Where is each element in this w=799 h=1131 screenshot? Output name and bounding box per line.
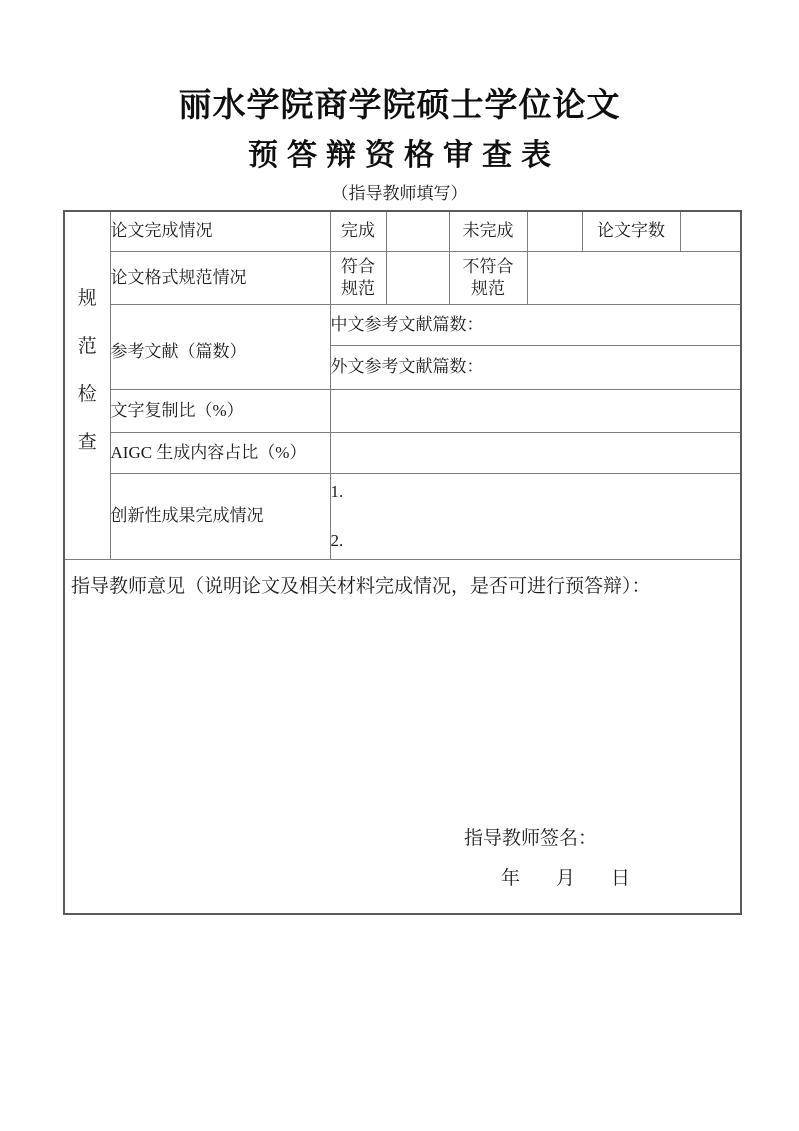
advisor-signature-label: 指导教师签名：: [464, 826, 597, 852]
innovation-item-1: 1.: [331, 481, 741, 503]
format-not-ok-check-cell[interactable]: [527, 251, 741, 304]
thesis-completion-label: 论文完成情况: [110, 211, 330, 251]
advisor-opinion-cell[interactable]: 指导教师意见（说明论文及相关材料完成情况，是否可进行预答辩）： 指导教师签名： …: [64, 559, 741, 914]
not-completed-option-label: 未完成: [449, 211, 527, 251]
format-compliance-label: 论文格式规范情况: [110, 251, 330, 304]
chinese-references-label: 中文参考文献篇数：: [331, 315, 484, 334]
format-not-ok-line2: 规范: [450, 278, 527, 300]
format-ok-line1: 符合: [331, 256, 386, 278]
word-count-value-cell[interactable]: [680, 211, 741, 251]
page-title: 丽水学院商学院硕士学位论文: [0, 84, 799, 126]
word-count-label: 论文字数: [582, 211, 680, 251]
side-label-char: 范: [78, 337, 97, 357]
copy-ratio-value-cell[interactable]: [330, 389, 741, 432]
date-year-label: 年: [501, 868, 520, 889]
table-row: 创新性成果完成情况 1. 2.: [64, 473, 741, 559]
table-row: 参考文献（篇数） 中文参考文献篇数：: [64, 304, 741, 345]
table-row: 文字复制比（%）: [64, 389, 741, 432]
date-day-label: 日: [611, 868, 630, 889]
not-completed-check-cell[interactable]: [527, 211, 582, 251]
completed-option-label: 完成: [330, 211, 386, 251]
format-ok-line2: 规范: [331, 278, 386, 300]
innovation-item-2: 2.: [331, 530, 741, 552]
innovation-results-label: 创新性成果完成情况: [110, 473, 330, 559]
format-ok-check-cell[interactable]: [386, 251, 449, 304]
foreign-references-label: 外文参考文献篇数：: [331, 357, 484, 376]
side-label-char: 查: [78, 433, 97, 453]
format-ok-option-label: 符合 规范: [330, 251, 386, 304]
aigc-ratio-value-cell[interactable]: [330, 432, 741, 473]
chinese-references-cell[interactable]: 中文参考文献篇数：: [330, 304, 741, 345]
table-row: 规 范 检 查 论文完成情况 完成 未完成 论文字数: [64, 211, 741, 251]
review-form-table: 规 范 检 查 论文完成情况 完成 未完成 论文字数 论文格式规范情况 符合 规…: [63, 210, 742, 915]
format-not-ok-option-label: 不符合 规范: [449, 251, 527, 304]
format-not-ok-line1: 不符合: [450, 256, 527, 278]
innovation-results-cell[interactable]: 1. 2.: [330, 473, 741, 559]
table-row: AIGC 生成内容占比（%）: [64, 432, 741, 473]
side-label-char: 检: [78, 385, 97, 405]
side-label-char: 规: [78, 289, 97, 309]
table-row: 论文格式规范情况 符合 规范 不符合 规范: [64, 251, 741, 304]
document-page: 丽水学院商学院硕士学位论文 预答辩资格审查表 （指导教师填写） 规 范 检 查 …: [0, 0, 799, 1131]
references-label: 参考文献（篇数）: [110, 304, 330, 389]
fill-instruction-note: （指导教师填写）: [0, 183, 799, 205]
advisor-opinion-prompt: 指导教师意见（说明论文及相关材料完成情况，是否可进行预答辩）：: [71, 574, 734, 600]
date-month-label: 月: [556, 868, 575, 889]
side-section-label: 规 范 检 查: [64, 211, 110, 559]
page-subtitle-main: 预答辩资格审查表: [0, 137, 799, 175]
foreign-references-cell[interactable]: 外文参考文献篇数：: [330, 345, 741, 389]
side-label-stack: 规 范 检 查: [65, 289, 110, 453]
completed-check-cell[interactable]: [386, 211, 449, 251]
aigc-ratio-label: AIGC 生成内容占比（%）: [110, 432, 330, 473]
date-line: 年月日: [501, 866, 630, 892]
references-label-text: 参考文献（篇数）: [111, 342, 247, 361]
table-row: 指导教师意见（说明论文及相关材料完成情况，是否可进行预答辩）： 指导教师签名： …: [64, 559, 741, 914]
copy-ratio-label: 文字复制比（%）: [110, 389, 330, 432]
